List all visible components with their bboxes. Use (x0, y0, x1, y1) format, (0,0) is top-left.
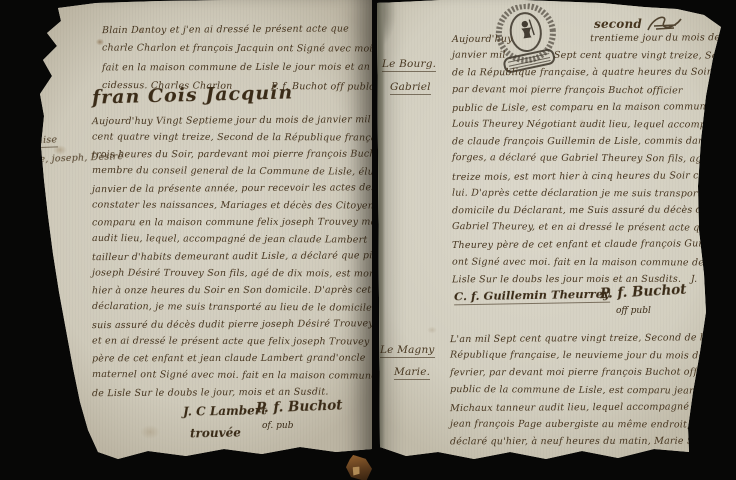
handwritten-line: père de cet enfant et jean claude Lamber… (92, 350, 370, 368)
margin-name-label: Gabriel (390, 81, 431, 95)
handwritten-line: suis assuré du décès dudit pierre joseph… (92, 315, 370, 334)
handwritten-line: constater les naissances, Mariages et dé… (92, 197, 370, 215)
margin-place-label: La Chise (14, 134, 58, 149)
right-page: second Le Bourg. Gabriel Aujourd'huy tre… (372, 0, 736, 480)
signature-buchot-title-right: off publ (616, 306, 651, 316)
handwritten-line: Aujourd'huy Vingt Septieme jour du mois … (92, 111, 370, 130)
handwritten-line: Blain Dantoy et j'en ai dressé le présen… (102, 19, 368, 40)
handwritten-line: hier à onze heures du Soir en Son domici… (92, 282, 370, 300)
handwritten-line: audit lieu, lequel, accompagné de jean c… (92, 230, 370, 249)
handwritten-line: de la République française, à quatre heu… (452, 64, 698, 82)
death-act-text-left: Aujourd'huy Vingt Septieme jour du mois … (92, 112, 370, 401)
signature-francois-jacquin: fran Cois Jacquin (92, 81, 294, 108)
handwritten-line: Aujourd'huy trentieme jour du mois de (452, 29, 698, 48)
handwritten-line: déclaré qu'hier, à neuf heures du matin,… (450, 433, 702, 451)
margin-place-label: Le Magny (380, 344, 435, 358)
margin-note-bourg-gabriel: Le Bourg. Gabriel (382, 58, 436, 95)
handwritten-line: lui. D'après cette déclaration je me sui… (452, 184, 698, 202)
handwritten-line: membre du conseil general de la Commune … (92, 162, 370, 181)
margin-place-label: Le Bourg. (382, 58, 436, 72)
signature-buchot-title-left: of. pub (262, 421, 293, 431)
handwritten-line: République française, le neuvieme jour d… (450, 347, 702, 365)
handwritten-line: public de la commune de Lisle, est compa… (450, 381, 702, 400)
handwritten-line: comparu en la maison commune felix josep… (92, 214, 370, 232)
handwritten-line: fait en la maison commune de Lisle le jo… (102, 58, 368, 78)
handwritten-line: trois heures du Soir, pardevant moi pier… (92, 146, 370, 164)
handwritten-line: L'an mil Sept cent quatre vingt treize, … (450, 329, 702, 348)
margin-note-magny-marie: Le Magny Marie. (380, 344, 435, 380)
handwritten-line: janvier mil Sept cent quatre vingt treiz… (452, 47, 698, 65)
handwritten-line: Gabriel Theurey, et en ai dressé le prés… (452, 218, 698, 237)
death-act-text-right-1: Aujourd'huy trentieme jour du mois dejan… (452, 30, 698, 288)
handwritten-line: charle Charlon et françois Jacquin ont S… (102, 39, 368, 59)
handwritten-line: joseph Désiré Trouvey Son fils, agé de d… (92, 265, 370, 283)
signature-buchot-left: P. f. Buchot (256, 397, 343, 416)
handwritten-line: Theurey père de cet enfant et claude fra… (452, 236, 698, 255)
handwritten-line: ont Signé avec moi. fait en la maison co… (452, 253, 698, 271)
signature-trouvey: trouvée (190, 426, 241, 441)
signature-lambert: J. C Lambert (183, 403, 267, 418)
handwritten-line: janvier de la présente année, pour recev… (92, 179, 370, 198)
handwritten-line: forges, a déclaré que Gabriel Theurey So… (452, 149, 698, 168)
margin-name-label: Marie. (394, 366, 430, 380)
handwritten-line: maternel ont Signé avec moi. fait en la … (92, 366, 370, 385)
witness-signatures: C. f. Guillemin Theurrey (454, 287, 610, 306)
left-page: Blain Dantoy et j'en ai dressé le présen… (0, 0, 372, 480)
handwritten-line: tailleur d'habits demeurant audit Lisle,… (92, 247, 370, 266)
handwritten-line: de claude françois Guillemin de Lisle, c… (452, 133, 698, 151)
handwritten-line: public de Lisle, est comparu en la maiso… (452, 98, 698, 117)
handwritten-line: Michaux tanneur audit lieu, lequel accom… (450, 398, 702, 417)
handwritten-line: et en ai dressé le présent acte que feli… (92, 333, 370, 351)
handwritten-line: déclaration, je me suis transporté au li… (92, 298, 370, 317)
handwritten-line: fevrier, par devant moi pierre françois … (450, 364, 702, 382)
handwritten-line: cent quatre vingt treize, Second de la R… (92, 129, 370, 147)
handwritten-line: treize mois, est mort hier à cinq heures… (452, 167, 698, 186)
handwritten-line: par devant moi pierre françois Buchot of… (452, 81, 698, 100)
register-scan: Blain Dantoy et j'en ai dressé le présen… (0, 0, 736, 480)
handwritten-line: domicile du Déclarant, me Suis assuré du… (452, 202, 698, 220)
death-act-text-right-2: L'an mil Sept cent quatre vingt treize, … (450, 330, 702, 450)
signature-buchot-right: P. f. Buchot (600, 282, 687, 303)
handwritten-line: Louis Theurey Négotiant audit lieu, lequ… (452, 116, 698, 134)
handwritten-line: jean françois Page aubergiste au même en… (450, 416, 702, 434)
signature-guillemin-theurrey: C. f. Guillemin Theurrey (454, 287, 610, 306)
